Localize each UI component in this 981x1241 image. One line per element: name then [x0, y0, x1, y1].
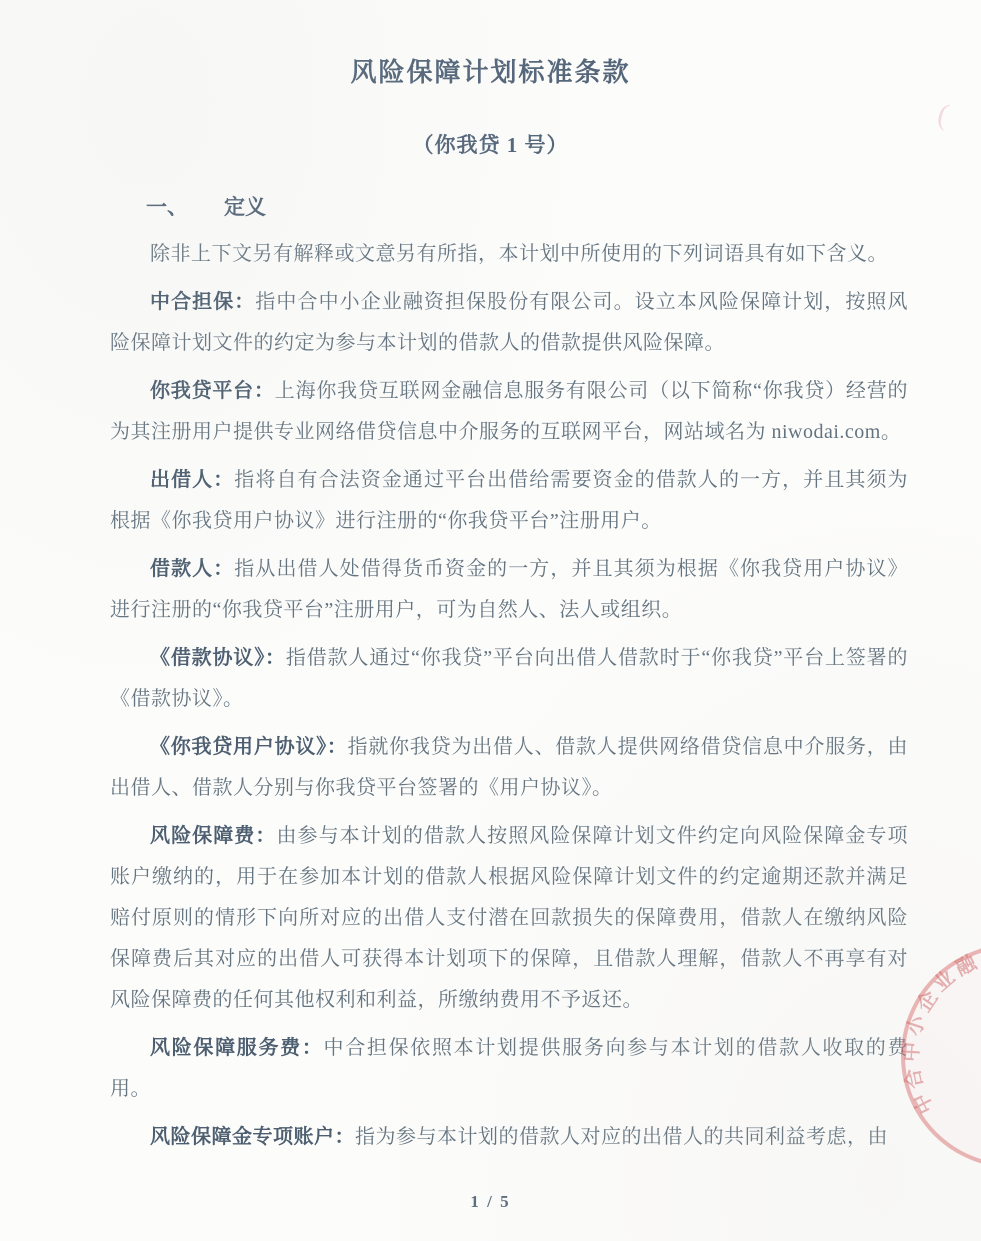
term-label: 风险保障服务费：	[150, 1037, 324, 1059]
paragraph-borrower: 借款人：指从出借人处借得货币资金的一方，并且其须为根据《你我贷用户协议》进行注册…	[110, 549, 908, 631]
section-label: 定义	[224, 192, 266, 222]
page-number: 1 / 5	[0, 1192, 981, 1212]
section-number: 一、	[146, 192, 188, 222]
paragraph-niwodai-platform: 你我贷平台：上海你我贷互联网金融信息服务有限公司（以下简称“你我贷）经营的为其注…	[110, 371, 908, 453]
document-body: 一、 定义 除非上下文另有解释或文意另有所指，本计划中所使用的下列词语具有如下含…	[110, 192, 908, 1158]
definitions-text: 除非上下文另有解释或文意另有所指，本计划中所使用的下列词语具有如下含义。 中合担…	[110, 234, 908, 1158]
term-label: 风险保障费：	[150, 825, 276, 847]
paragraph-loan-agreement: 《借款协议》：指借款人通过“你我贷”平台向出借人借款时于“你我贷”平台上签署的《…	[110, 638, 908, 720]
svg-text:中合中小企业融资担保股份有限公司: 中合中小企业融资担保股份有限公司	[898, 941, 981, 1118]
section-heading-definitions: 一、 定义	[146, 192, 908, 222]
paragraph-special-account: 风险保障金专项账户：指为参与本计划的借款人对应的出借人的共同利益考虑，由	[110, 1117, 908, 1158]
scanned-document-page: 风险保障计划标准条款 （你我贷 1 号） 一、 定义 除非上下文另有解释或文意另…	[0, 0, 981, 1241]
term-label: 你我贷平台：	[150, 380, 275, 402]
scan-artifact-mark: (	[934, 97, 952, 132]
document-title: 风险保障计划标准条款	[0, 0, 981, 90]
paragraph-user-agreement: 《你我贷用户协议》：指就你我贷为出借人、借款人提供网络借贷信息中介服务，由出借人…	[110, 727, 908, 809]
paragraph-lender: 出借人：指将自有合法资金通过平台出借给需要资金的借款人的一方，并且其须为根据《你…	[110, 460, 908, 542]
term-label: 《借款协议》：	[150, 647, 286, 669]
seal-text: 中合中小企业融资担保股份有限公司	[898, 941, 981, 1118]
paragraph-text: 指为参与本计划的借款人对应的出借人的共同利益考虑，由	[355, 1126, 888, 1148]
paragraph-text: 由参与本计划的借款人按照风险保障计划文件约定向风险保障金专项账户缴纳的，用于在参…	[110, 825, 908, 1011]
term-label: 中合担保：	[150, 291, 255, 313]
paragraph-zhonghe-danbao: 中合担保：指中合中小企业融资担保股份有限公司。设立本风险保障计划，按照风险保障计…	[110, 282, 908, 364]
term-label: 出借人：	[150, 469, 234, 491]
paragraph-intro: 除非上下文另有解释或文意另有所指，本计划中所使用的下列词语具有如下含义。	[110, 234, 908, 275]
term-label: 风险保障金专项账户：	[150, 1126, 355, 1148]
term-label: 《你我贷用户协议》：	[150, 736, 348, 758]
document-subtitle: （你我贷 1 号）	[0, 130, 981, 160]
paragraph-risk-service-fee: 风险保障服务费：中合担保依照本计划提供服务向参与本计划的借款人收取的费用。	[110, 1028, 908, 1110]
paragraph-risk-protection-fee: 风险保障费：由参与本计划的借款人按照风险保障计划文件约定向风险保障金专项账户缴纳…	[110, 816, 908, 1021]
paragraph-text: 除非上下文另有解释或文意另有所指，本计划中所使用的下列词语具有如下含义。	[150, 243, 888, 265]
term-label: 借款人：	[150, 558, 234, 580]
